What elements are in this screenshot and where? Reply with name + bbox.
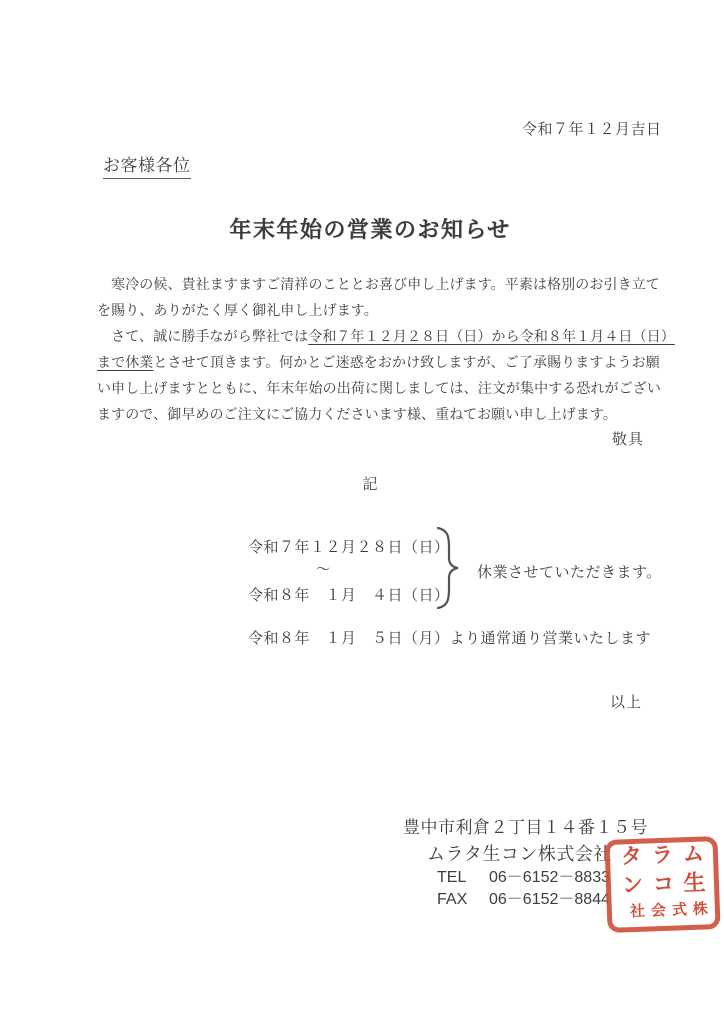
- end-marker-ijo: 以上: [610, 691, 642, 712]
- tel-label: TEL: [437, 869, 489, 887]
- recipient-line: お客様各位: [103, 151, 191, 179]
- company-address: 豊中市利倉２丁目１４番１５号: [403, 813, 648, 838]
- fax-label: FAX: [437, 891, 489, 909]
- seal-column-murata: ムラタ: [615, 841, 709, 872]
- record-marker-ki: 記: [8, 473, 724, 494]
- text-segment: い申し上げますとともに、年末年始の出荷に関しましては、注文が集中する恐れがござい: [97, 380, 661, 396]
- seal-column-kabushikigaisha: 株式会社: [617, 900, 711, 928]
- letter-body: 寒冷の候、貴社ますますご清祥のこととお喜び申し上げます。平素は格別のお引き立てを…: [97, 271, 675, 427]
- tel-line: TEL06－6152－8833: [437, 864, 610, 887]
- body-text-line: い申し上げますとともに、年末年始の出荷に関しましては、注文が集中する恐れがござい: [97, 375, 675, 401]
- body-text-line: さて、誠に勝手ながら弊社では令和７年１２月２８日（日）から令和８年１月４日（日）: [97, 323, 675, 349]
- text-segment: さて、誠に勝手ながら弊社では: [97, 328, 308, 344]
- tel-number: 06－6152－8833: [489, 869, 610, 886]
- company-name: ムラタ生コン株式会社: [427, 840, 612, 866]
- text-segment: ますので、御早めのご注文にご協力くださいます様、重ねてお願い申し上げます。: [97, 406, 617, 422]
- text-segment: を賜り、ありがたく厚く御礼申し上げます。: [97, 302, 378, 318]
- closure-end-date: 令和８年 １月 ４日（日）: [248, 584, 450, 605]
- text-segment: 寒冷の候、貴社ますますご清祥のこととお喜び申し上げます。平素は格別のお引き立て: [97, 276, 660, 292]
- seal-column-namakon: 生コン: [616, 871, 710, 902]
- underlined-text-segment: まで休業: [97, 354, 153, 370]
- fax-number: 06－6152－8844: [489, 891, 610, 908]
- reopen-line: 令和８年 １月 ５日（月）より通常通り営業いたします: [248, 627, 651, 648]
- closing-keigu: 敬具: [612, 428, 644, 449]
- curly-brace-icon: [436, 527, 460, 609]
- body-text-line: まで休業とさせて頂きます。何かとご迷惑をおかけ致しますが、ご了承賜りますようお願: [97, 349, 675, 375]
- body-text-line: ますので、御早めのご注文にご協力くださいます様、重ねてお願い申し上げます。: [97, 401, 675, 427]
- underlined-text-segment: 令和７年１２月２８日（日）から令和８年１月４日（日）: [308, 328, 675, 344]
- closure-start-date: 令和７年１２月２８日（日）: [248, 536, 450, 557]
- body-text-line: を賜り、ありがたく厚く御礼申し上げます。: [97, 297, 675, 323]
- letter-date: 令和７年１２月吉日: [522, 118, 662, 139]
- company-seal-stamp: ムラタ 生コン 株式会社: [604, 836, 720, 933]
- fax-line: FAX06－6152－8844: [437, 886, 610, 909]
- body-text-line: 寒冷の候、貴社ますますご清祥のこととお喜び申し上げます。平素は格別のお引き立て: [97, 271, 675, 297]
- scanned-letter-page: 令和７年１２月吉日 お客様各位 年末年始の営業のお知らせ 寒冷の候、貴社ますます…: [0, 0, 724, 1024]
- text-segment: とさせて頂きます。何かとご迷惑をおかけ致しますが、ご了承賜りますようお願: [153, 354, 659, 370]
- date-range-tilde: ～: [316, 559, 330, 579]
- seal-vertical-text: ムラタ 生コン 株式会社: [615, 841, 711, 927]
- letter-title: 年末年始の営業のお知らせ: [8, 213, 724, 244]
- closure-label: 休業させていただきます。: [477, 561, 662, 582]
